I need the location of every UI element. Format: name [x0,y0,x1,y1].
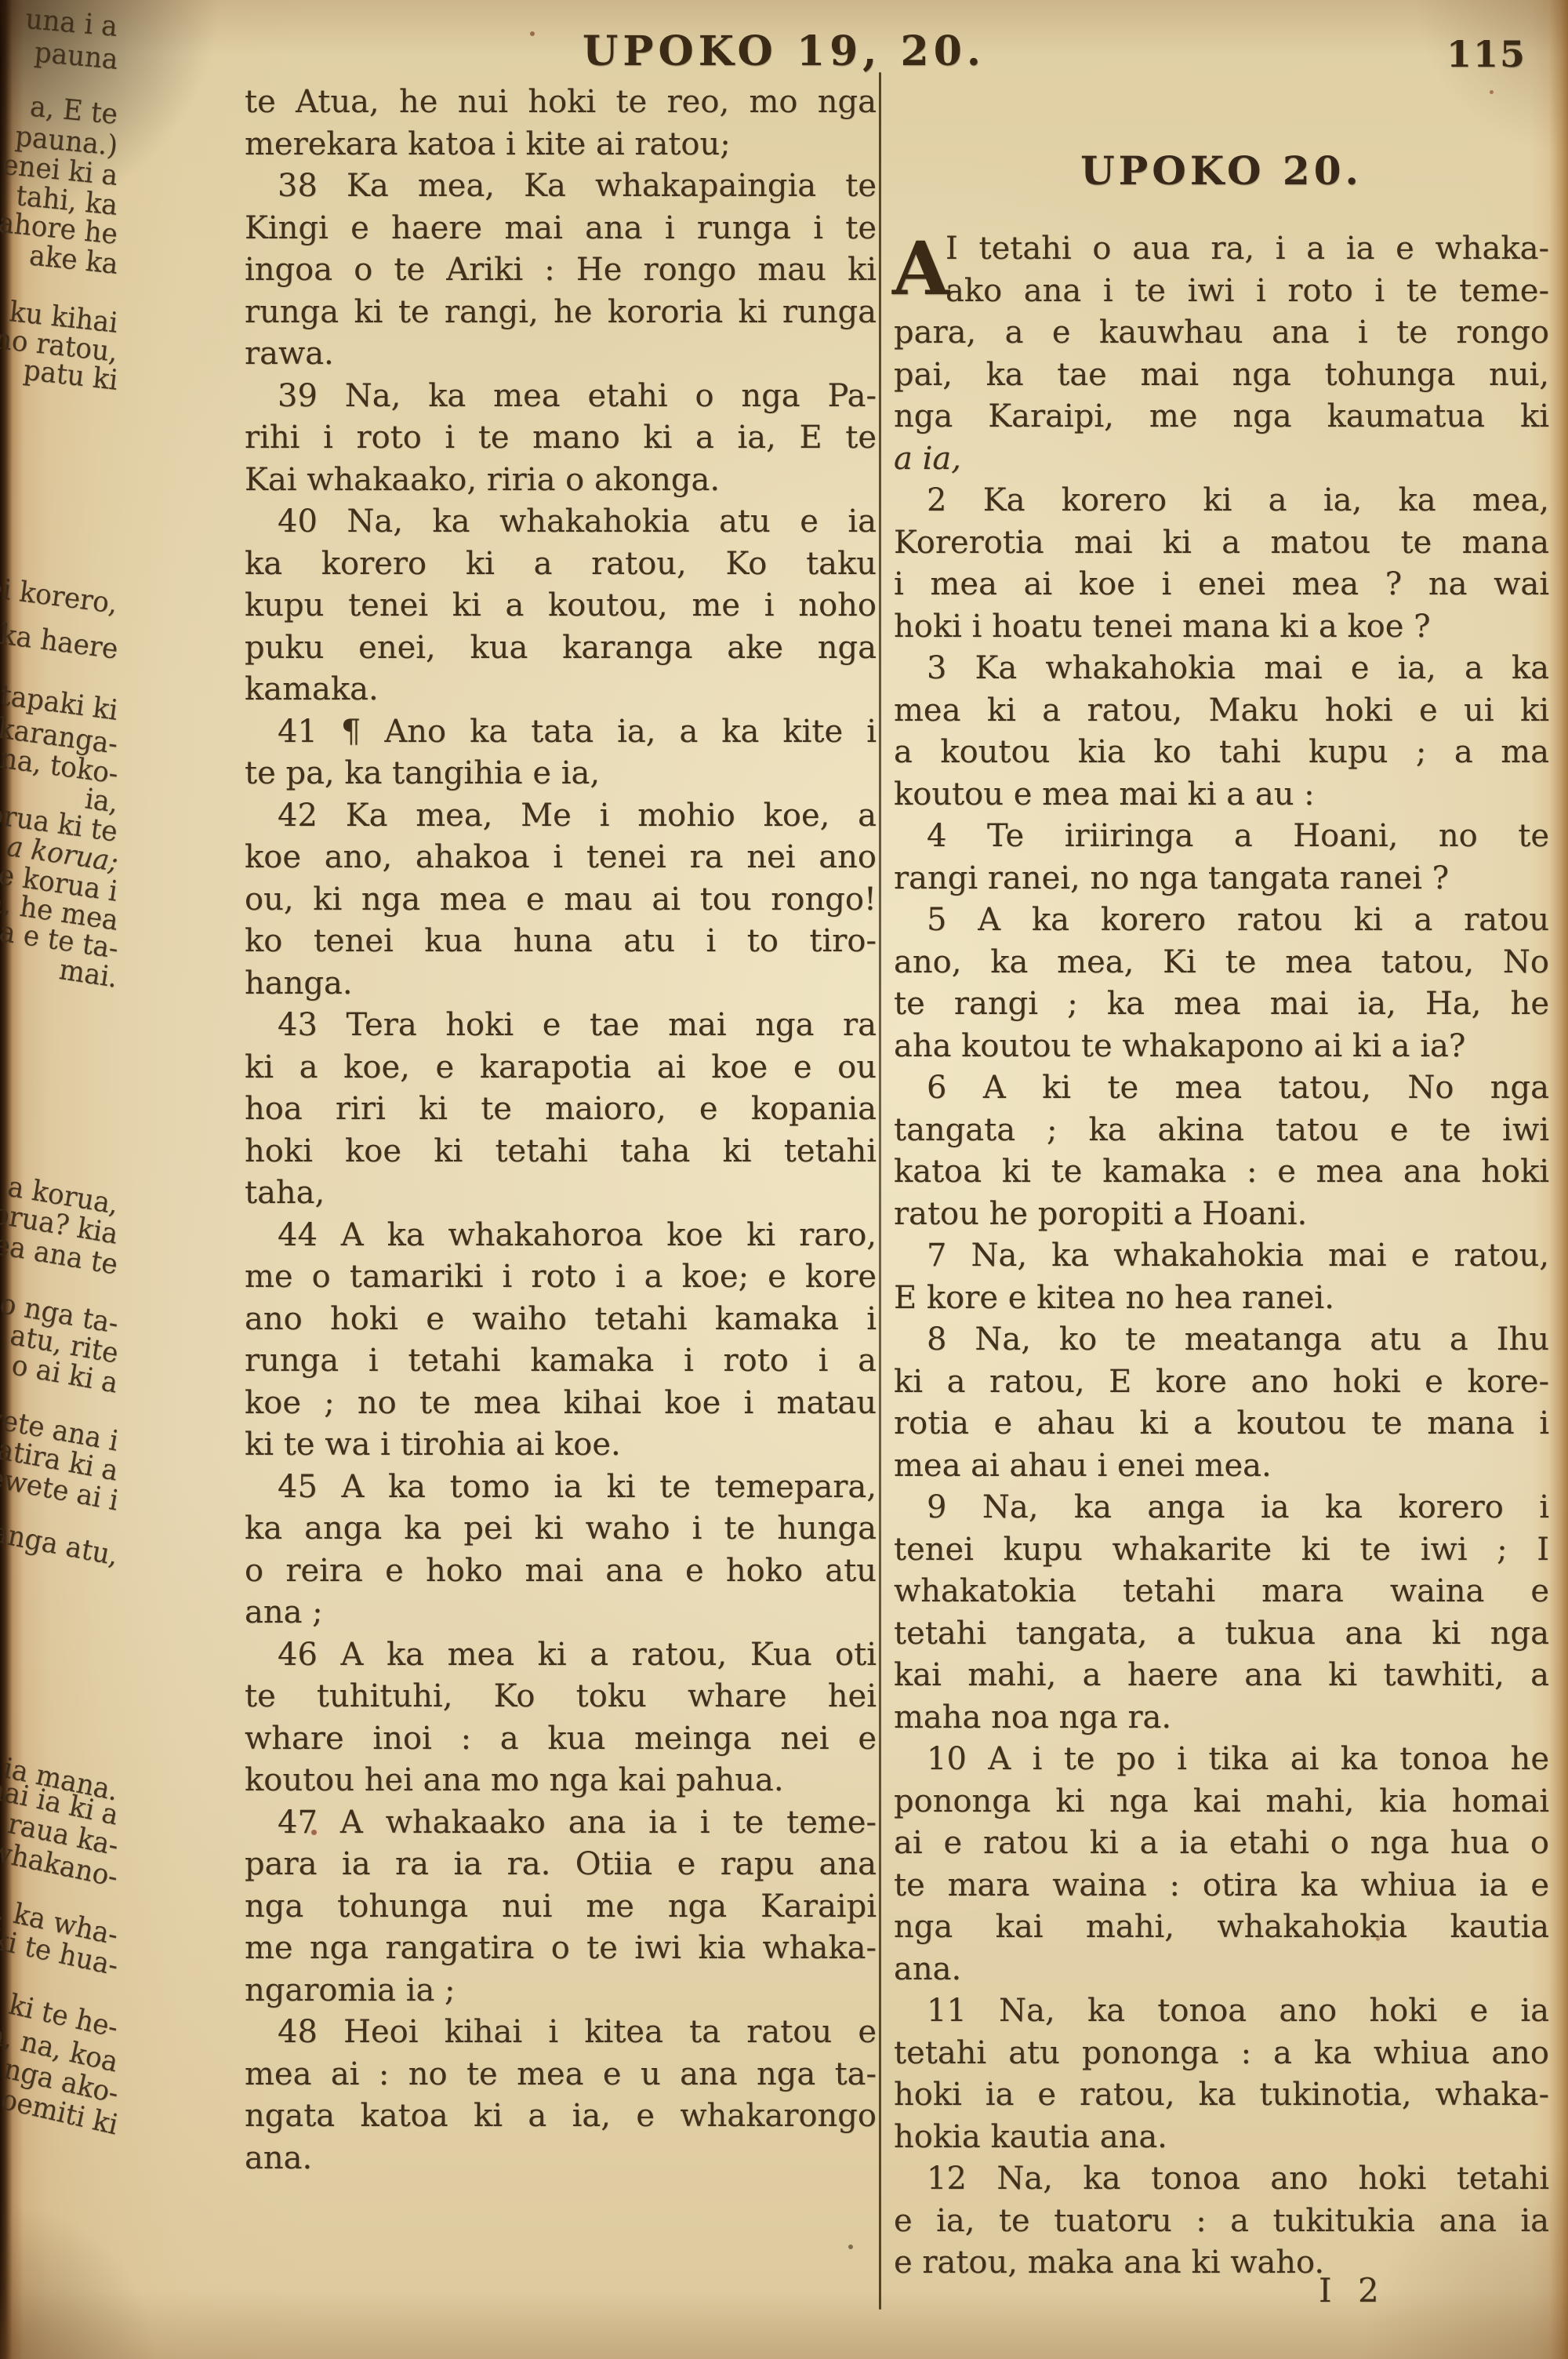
text-line: e ratou, maka ana ki waho. [894,2242,1549,2284]
text-line: o reira e hoko mai ana e hoko atu [245,1550,877,1593]
text-line: ka korero ki a ratou, Ko taku [245,543,877,586]
text-line: merekara katoa i kite ai ratou; [245,124,877,166]
text-line: 48 Heoi kihai i kitea ta ratou e [245,2012,877,2054]
text-line: 3 Ka whakahokia mai e ia, a ka [894,648,1549,690]
text-line: 2 Ka korero ki a ia, ka mea, [894,480,1549,522]
text-line: ngata katoa ki a ia, e whakarongo [245,2095,877,2138]
text-line: para, a e kauwhau ana i te rongo [894,312,1549,354]
text-line: 41 ¶ Ano ka tata ia, a ka kite i [245,711,877,754]
text-line: ki a ratou, E kore ano hoki e kore- [894,1361,1549,1404]
right-column-body: A I tetahi o aua ra, i a ia e whaka-ako … [894,228,1549,2284]
text-line: ana. [894,1949,1549,1991]
signature-mark: I 2 [1319,2273,1387,2309]
text-line: pai, ka tae mai nga tohunga nui, [894,354,1549,397]
text-line: a ia, [894,438,1549,481]
text-line: 4 Te iriiringa a Hoani, no te [894,816,1549,858]
text-line: kai mahi, a haere ana ki tawhiti, a [894,1655,1549,1697]
text-line: rawa. [245,333,877,376]
text-line: 10 A i te po i tika ai ka tonoa he [894,1739,1549,1781]
text-line: kamaka. [245,669,877,711]
text-line: te tuhituhi, Ko toku whare hei [245,1676,877,1718]
text-line: E kore e kitea no hea ranei. [894,1278,1549,1320]
text-line: 12 Na, ka tonoa ano hoki tetahi [894,2158,1549,2201]
text-line: para ia ra ia ra. Otiia e rapu ana [245,1844,877,1886]
text-line: pononga ki nga kai mahi, kia homai [894,1781,1549,1823]
text-line: Korerotia mai ki a matou te mana [894,522,1549,565]
column-divider-rule [879,72,881,2310]
text-line: hanga. [245,963,877,1005]
text-line: te pa, ka tangihia e ia, [245,753,877,795]
text-line: ana ; [245,1592,877,1634]
text-line: ingoa o te Ariki : He rongo mau ki [245,249,877,292]
text-line: 6 A ki te mea tatou, No nga [894,1067,1549,1110]
book-page: UPOKO 19, 20. 115 una i apaunaa, E tepau… [0,0,1568,2359]
text-line: nga kai mahi, whakahokia kautia [894,1906,1549,1949]
text-line: tetahi atu pononga : a ka whiua ano [894,2033,1549,2075]
gutter-fragments: una i apaunaa, E tepauna.)enei ki atahi,… [0,0,122,2359]
text-line: hokia kautia ana. [894,2117,1549,2159]
text-line: i mea ai koe i enei mea ? na wai [894,564,1549,606]
text-line: rihi i roto i te mano ki a ia, E te [245,417,877,460]
text-line: 42 Ka mea, Me i mohio koe, a [245,795,877,838]
text-line: 7 Na, ka whakahokia mai e ratou, [894,1235,1549,1278]
text-line: ko tenei kua huna atu i to tiro- [245,921,877,963]
text-line: mea ki a ratou, Maku hoki e ui ki [894,690,1549,732]
paper-speck [530,31,535,36]
running-head: UPOKO 19, 20. [0,30,1568,74]
text-line: me nga rangatira o te iwi kia whaka- [245,1928,877,1970]
text-line: ano hoki e waiho tetahi kamaka i [245,1299,877,1341]
text-line: ki te wa i tirohia ai koe. [245,1424,877,1467]
text-line: runga ki te rangi, he kororia ki runga [245,292,877,334]
text-line: hoa riri ki te maioro, e kopania [245,1089,877,1131]
text-line: I tetahi o aua ra, i a ia e whaka- [894,228,1549,271]
text-line: ki a koe, e karapotia ai koe e ou [245,1047,877,1089]
gutter-text-fragment: ka haere [0,620,119,665]
text-line: hoki i hoatu tenei mana ki a koe ? [894,606,1549,649]
text-line: me o tamariki i roto i a koe; e kore [245,1256,877,1299]
text-line: 40 Na, ka whakahokia atu e ia [245,501,877,543]
paper-speck [1490,90,1494,94]
text-line: a koutou kia ko tahi kupu ; a ma [894,732,1549,774]
text-line: ratou he poropiti a Hoani. [894,1194,1549,1236]
text-line: 39 Na, ka mea etahi o nga Pa- [245,376,877,418]
text-line: ako ana i te iwi i roto i te teme- [894,271,1549,313]
text-line: rangi ranei, no nga tangata ranei ? [894,858,1549,900]
paper-speck [848,2245,853,2249]
text-line: hoki koe ki tetahi taha ki tetahi [245,1131,877,1173]
text-line: 8 Na, ko te meatanga atu a Ihu [894,1319,1549,1361]
text-line: koe ano, ahakoa i tenei ra nei ano [245,837,877,879]
paper-speck [1376,1937,1380,1941]
text-line: koutou hei ana mo nga kai pahua. [245,1760,877,1802]
text-line: 9 Na, ka anga ia ka korero i [894,1487,1549,1529]
text-line: 11 Na, ka tonoa ano hoki e ia [894,1990,1549,2033]
text-line: 47 A whakaako ana ia i te teme- [245,1802,877,1845]
text-line: kupu tenei ki a koutou, me i noho [245,585,877,627]
text-line: mea ai : no te mea e u ana nga ta- [245,2054,877,2096]
text-line: maha noa nga ra. [894,1697,1549,1739]
text-line: puku enei, kua karanga ake nga [245,627,877,670]
text-line: runga i tetahi kamaka i roto i a [245,1340,877,1383]
text-line: 43 Tera hoki e tae mai nga ra [245,1005,877,1047]
chapter-heading: UPOKO 20. [894,149,1549,193]
text-line: 38 Ka mea, Ka whakapaingia te [245,165,877,208]
gutter-text-fragment: ake ka [27,241,119,279]
text-line: whare inoi : a kua meinga nei e [245,1718,877,1761]
text-line: nga Karaipi, me nga kaumatua ki [894,396,1549,438]
text-line: ngaromia ia ; [245,1970,877,2012]
left-column: te Atua, he nui hoki te reo, mo ngamerek… [245,82,877,2179]
text-line: Kai whakaako, riria o akonga. [245,460,877,502]
text-line: ai e ratou ki a ia etahi o nga hua o [894,1823,1549,1865]
text-line: 5 A ka korero ratou ki a ratou [894,900,1549,942]
text-line: 46 A ka mea ki a ratou, Kua oti [245,1634,877,1677]
text-line: taha, [245,1172,877,1215]
text-line: 44 A ka whakahoroa koe ki raro, [245,1215,877,1257]
text-line: te rangi ; ka mea mai ia, Ha, he [894,983,1549,1026]
text-line: aha koutou te whakapono ai ki a ia? [894,1026,1549,1068]
right-column: UPOKO 20. A I tetahi o aua ra, i a ia e … [894,149,1549,2284]
text-line: ou, ki nga mea e mau ai tou rongo! [245,879,877,921]
text-line: e ia, te tuatoru : a tukitukia ana ia [894,2201,1549,2243]
text-line: 45 A ka tomo ia ki te temepara, [245,1467,877,1509]
text-line: tetahi tangata, a tukua ana ki nga [894,1613,1549,1656]
text-line: whakatokia tetahi mara waina e [894,1571,1549,1613]
drop-cap: A [892,230,949,308]
text-line: hoki ia e ratou, ka tukinotia, whaka- [894,2074,1549,2117]
text-line: te mara waina : otira ka whiua ia e [894,1865,1549,1907]
gutter-text-fragment: atanga atu, [0,1513,121,1571]
text-line: nga tohunga nui me nga Karaipi [245,1886,877,1928]
text-line: ano, ka mea, Ki te mea tatou, No [894,942,1549,984]
text-line: tenei kupu whakarite ki te iwi ; I [894,1529,1549,1572]
paper-speck [1206,502,1210,506]
gutter-text-fragment: pauna [33,38,119,75]
text-line: ana. [245,2138,877,2180]
text-line: koutou e mea mai ki a au : [894,774,1549,816]
page-number: 115 [1446,35,1526,74]
text-line: ka anga ka pei ki waho i te hunga [245,1508,877,1550]
text-line: koe ; no te mea kihai koe i matau [245,1383,877,1425]
text-line: te Atua, he nui hoki te reo, mo nga [245,82,877,124]
gutter-text-fragment: ei korero, [0,573,119,620]
text-line: Kingi e haere mai ana i runga i te [245,208,877,250]
text-line: tangata ; ka akina tatou e te iwi [894,1110,1549,1152]
paper-speck [311,1830,317,1835]
text-line: rotia e ahau ki a koutou te mana i [894,1403,1549,1445]
text-line: katoa ki te kamaka : e mea ana hoki [894,1151,1549,1194]
text-line: mea ai ahau i enei mea. [894,1445,1549,1488]
gutter-text-fragment: mai. [57,955,119,994]
